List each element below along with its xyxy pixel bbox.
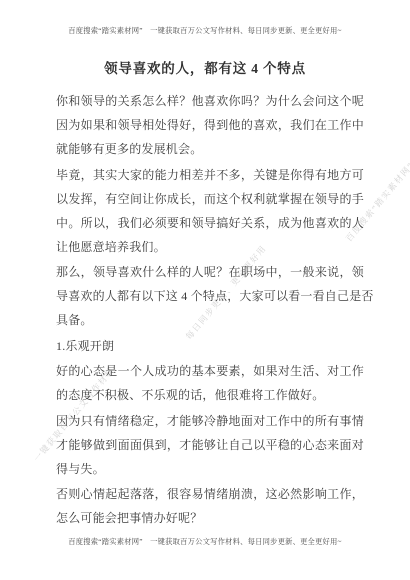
paragraph: 因为只有情绪稳定，才能够冷静地面对工作中的所有事情才能够做到面面俱到，才能够让自… — [56, 409, 364, 481]
text-line: 中。所以，我们必须要和领导搞好关系，成为他喜欢的人 — [56, 211, 364, 235]
text-line: 否则心情起起落落，很容易情绪崩溃，这必然影响工作， — [56, 482, 364, 506]
text-line: 毕竟，其实大家的能力相差并不多，关键是你得有地方可 — [56, 163, 364, 187]
text-line: 1.乐观开朗 — [56, 334, 364, 358]
text-line: 因为如果和领导相处得好，得到他的喜欢，我们在工作中 — [56, 113, 364, 137]
paragraph: 那么，领导喜欢什么样的人呢？在职场中，一般来说，领导喜欢的人都有以下这 4 个特… — [56, 260, 364, 332]
page-title: 领导喜欢的人，都有这 4 个特点 — [0, 57, 410, 77]
text-line: 怎么可能会把事情办好呢？ — [56, 506, 364, 530]
text-line: 的态度不积极、不乐观的话，他很难将工作做好。 — [56, 383, 364, 407]
text-line: 才能够做到面面俱到，才能够让自己以平稳的心态来面对 — [56, 433, 364, 457]
section-heading: 1.乐观开朗 — [56, 334, 364, 358]
document-page: 百度搜索“踏实素材网” 一键获取百万公文写作材料、每日同步更新、更全更好用~ 一… — [0, 0, 410, 580]
document-body: 你和领导的关系怎么样？他喜欢你吗？为什么会问这个呢因为如果和领导相处得好，得到他… — [56, 89, 364, 532]
text-line: 那么，领导喜欢什么样的人呢？在职场中，一般来说，领 — [56, 260, 364, 284]
paragraph: 你和领导的关系怎么样？他喜欢你吗？为什么会问这个呢因为如果和领导相处得好，得到他… — [56, 89, 364, 161]
paragraph: 毕竟，其实大家的能力相差并不多，关键是你得有地方可以发挥，有空间让你成长，而这个… — [56, 163, 364, 259]
text-line: 就能够有更多的发展机会。 — [56, 137, 364, 161]
text-line: 以发挥，有空间让你成长，而这个权利就掌握在领导的手 — [56, 187, 364, 211]
paragraph: 好的心态是一个人成功的基本要素，如果对生活、对工作的态度不积极、不乐观的话，他很… — [56, 359, 364, 407]
footer-watermark-text: 百度搜索“踏实素材网” 一键获取百万公文写作材料、每日同步更新、更全更好用~ — [0, 537, 410, 547]
text-line: 具备。 — [56, 308, 364, 332]
text-line: 得与失。 — [56, 457, 364, 481]
text-line: 你和领导的关系怎么样？他喜欢你吗？为什么会问这个呢 — [56, 89, 364, 113]
paragraph: 否则心情起起落落，很容易情绪崩溃，这必然影响工作，怎么可能会把事情办好呢？ — [56, 482, 364, 530]
text-line: 让他愿意培养我们。 — [56, 235, 364, 259]
header-watermark-text: 百度搜索“踏实素材网” 一键获取百万公文写作材料、每日同步更新、更全更好用~ — [0, 26, 410, 36]
text-line: 因为只有情绪稳定，才能够冷静地面对工作中的所有事情 — [56, 409, 364, 433]
text-line: 好的心态是一个人成功的基本要素，如果对生活、对工作 — [56, 359, 364, 383]
text-line: 导喜欢的人都有以下这 4 个特点，大家可以看一看自己是否 — [56, 284, 364, 308]
